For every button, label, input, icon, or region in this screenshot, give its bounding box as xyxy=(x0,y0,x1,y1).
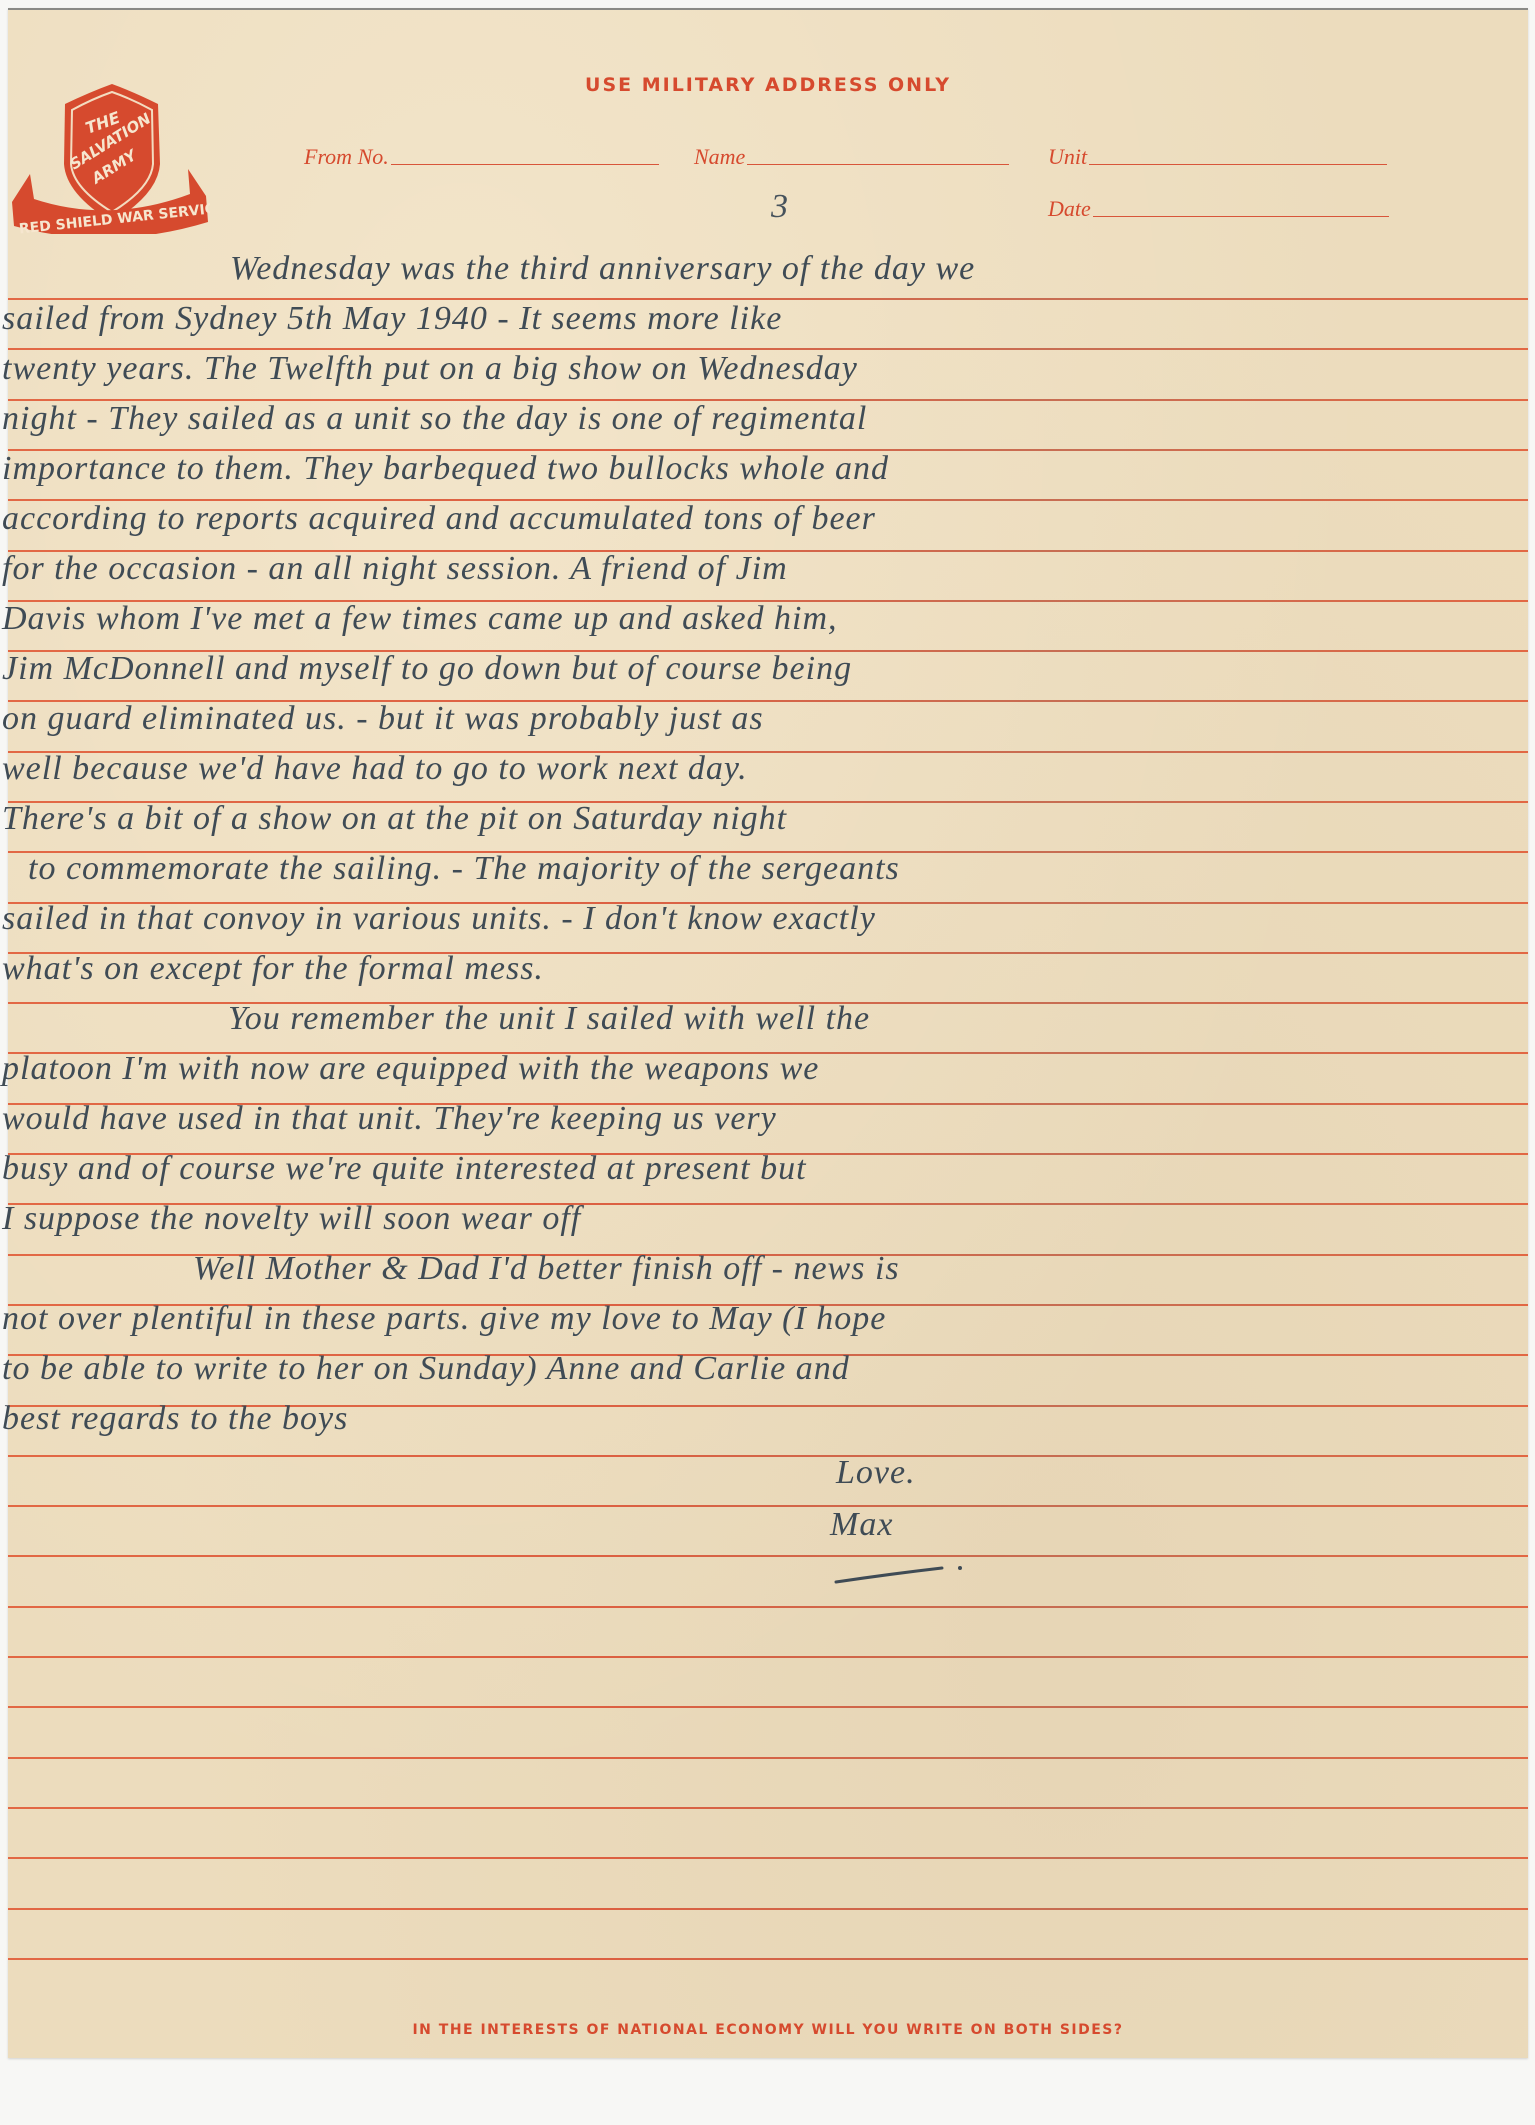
from-no-line xyxy=(391,164,659,165)
ruled-line xyxy=(8,1857,1528,1859)
date-label: Date xyxy=(1048,196,1091,222)
letter-line: twenty years. The Twelfth put on a big s… xyxy=(2,350,858,388)
military-address-notice: USE MILITARY ADDRESS ONLY xyxy=(8,74,1528,96)
name-field: Name xyxy=(694,144,1009,170)
letter-line: not over plentiful in these parts. give … xyxy=(2,1300,886,1338)
letter-sheet: USE MILITARY ADDRESS ONLY THE SALVATION … xyxy=(8,8,1528,2058)
letter-line: sailed from Sydney 5th May 1940 - It see… xyxy=(2,300,782,338)
unit-label: Unit xyxy=(1048,144,1087,170)
letter-line: on guard eliminated us. - but it was pro… xyxy=(2,700,764,738)
letter-line: according to reports acquired and accumu… xyxy=(2,500,876,538)
letter-line: Jim McDonnell and myself to go down but … xyxy=(2,650,852,688)
letter-line: There's a bit of a show on at the pit on… xyxy=(2,800,787,838)
letter-line: to commemorate the sailing. - The majori… xyxy=(28,850,900,888)
ruled-line xyxy=(8,1757,1528,1759)
unit-field: Unit xyxy=(1048,144,1387,170)
letter-line: Davis whom I've met a few times came up … xyxy=(2,600,838,638)
ruled-line xyxy=(8,1455,1528,1457)
salvation-army-logo: THE SALVATION ARMY RED SHIELD WAR SERVIC… xyxy=(10,84,210,234)
from-no-field: From No. xyxy=(304,144,659,170)
ruled-line xyxy=(8,1908,1528,1910)
letter-closing: Love. xyxy=(836,1454,916,1492)
ruled-line xyxy=(8,1656,1528,1658)
ruled-line xyxy=(8,1606,1528,1608)
signature-underline-icon xyxy=(830,1564,970,1586)
red-shield-icon: THE SALVATION ARMY RED SHIELD WAR SERVIC… xyxy=(10,84,210,234)
from-no-label: From No. xyxy=(304,144,389,170)
name-label: Name xyxy=(694,144,745,170)
letter-line: would have used in that unit. They're ke… xyxy=(2,1100,777,1138)
date-line xyxy=(1093,216,1389,217)
letter-line: I suppose the novelty will soon wear off xyxy=(2,1200,581,1238)
letter-line: Wednesday was the third anniversary of t… xyxy=(230,250,975,288)
letter-line: for the occasion - an all night session.… xyxy=(2,550,788,588)
national-economy-notice: IN THE INTERESTS OF NATIONAL ECONOMY WIL… xyxy=(8,2022,1528,2038)
letter-line: sailed in that convoy in various units. … xyxy=(2,900,876,938)
letter-line: best regards to the boys xyxy=(2,1400,348,1438)
letter-line: You remember the unit I sailed with well… xyxy=(228,1000,870,1038)
letter-line: importance to them. They barbequed two b… xyxy=(2,450,889,488)
letter-line: night - They sailed as a unit so the day… xyxy=(2,400,867,438)
ruled-line xyxy=(8,1958,1528,1960)
name-line xyxy=(747,164,1009,165)
date-field: Date xyxy=(1048,196,1389,222)
letter-line: what's on except for the formal mess. xyxy=(2,950,544,988)
ruled-line xyxy=(8,1807,1528,1809)
ruled-line xyxy=(8,1505,1528,1507)
letter-line: busy and of course we're quite intereste… xyxy=(2,1150,807,1188)
letter-line: Well Mother & Dad I'd better finish off … xyxy=(193,1250,900,1288)
letter-line: to be able to write to her on Sunday) An… xyxy=(2,1350,850,1388)
unit-line xyxy=(1089,164,1387,165)
letter-line: well because we'd have had to go to work… xyxy=(2,750,748,788)
page-number: 3 xyxy=(771,188,788,226)
letter-signature: Max xyxy=(830,1506,893,1544)
letter-line: platoon I'm with now are equipped with t… xyxy=(2,1050,819,1088)
ruled-line xyxy=(8,1706,1528,1708)
ruled-line xyxy=(8,1555,1528,1557)
